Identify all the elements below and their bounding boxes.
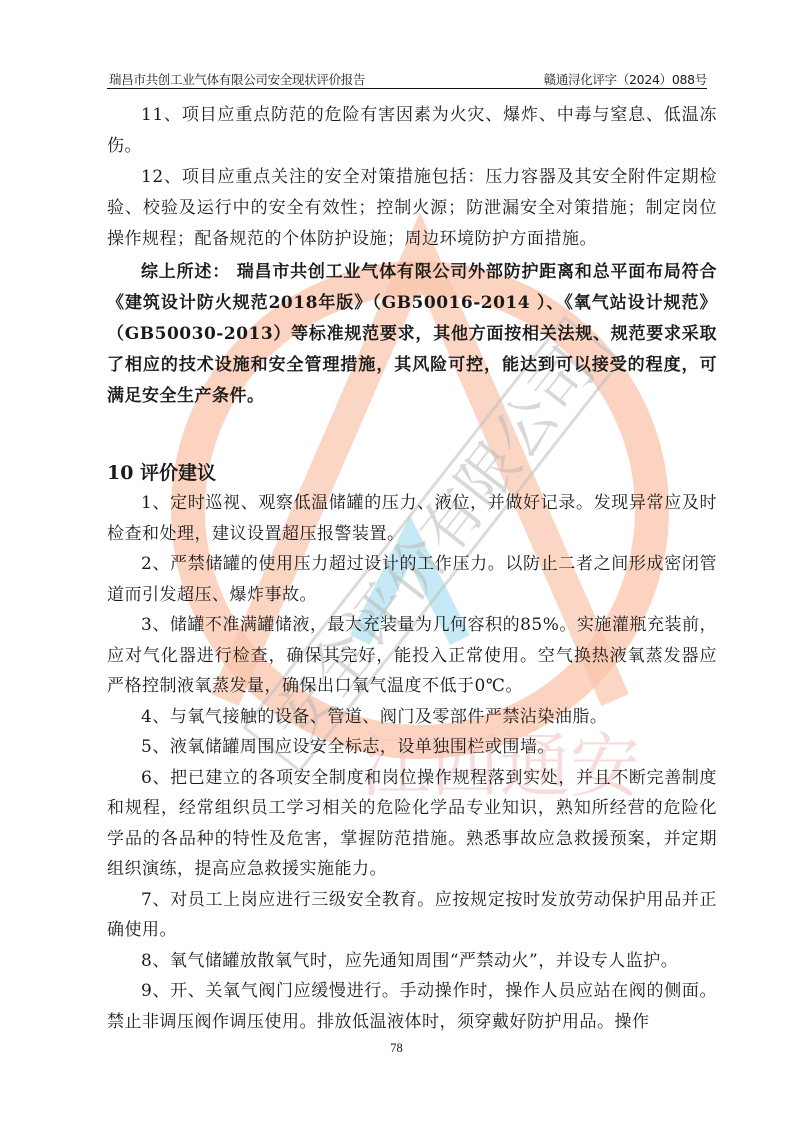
page-content: 11、项目应重点防范的危险有害因素为火灾、爆炸、中毒与窒息、低温冻伤。 12、项… (107, 100, 717, 1037)
recommendation-list: 1、定时巡视、观察低温储罐的压力、液位，并做好记录。发现异常应及时检查和处理，建… (107, 488, 717, 1037)
report-number: 赣通浔化评字（2024）088号 (544, 70, 707, 88)
list-item: 1、定时巡视、观察低温储罐的压力、液位，并做好记录。发现异常应及时检查和处理，建… (107, 488, 717, 549)
page-header: 瑞昌市共创工业气体有限公司安全现状评价报告 赣通浔化评字（2024）088号 (107, 70, 707, 89)
page-number: 78 (0, 1041, 793, 1056)
paragraph-item-12: 12、项目应重点关注的安全对策措施包括：压力容器及其安全附件定期检验、校验及运行… (107, 162, 717, 255)
list-item: 8、氧气储罐放散氧气时，应先通知周围“严禁动火”，并设专人监护。 (107, 946, 717, 977)
list-item: 2、严禁储罐的使用压力超过设计的工作压力。以防止二者之间形成密闭管道而引发超压、… (107, 549, 717, 610)
list-item: 7、对员工上岗应进行三级安全教育。应按规定按时发放劳动保护用品并正确使用。 (107, 885, 717, 946)
list-item: 6、把已建立的各项安全制度和岗位操作规程落到实处，并且不断完善制度和规程，经常组… (107, 763, 717, 885)
list-item: 9、开、关氧气阀门应缓慢进行。手动操作时，操作人员应站在阀的侧面。禁止非调压阀作… (107, 976, 717, 1037)
list-item: 5、液氧储罐周围应设安全标志，设单独围栏或围墙。 (107, 732, 717, 763)
section-title: 10 评价建议 (107, 458, 717, 488)
document-page: 安全评价有限公司 江西通安 瑞昌市共创工业气体有限公司安全现状评价报告 赣通浔化… (0, 0, 793, 1122)
summary-paragraph: 综上所述： 瑞昌市共创工业气体有限公司外部防护距离和总平面布局符合《建筑设计防火… (107, 257, 717, 412)
paragraph-item-11: 11、项目应重点防范的危险有害因素为火灾、爆炸、中毒与窒息、低温冻伤。 (107, 100, 717, 162)
list-item: 4、与氧气接触的设备、管道、阀门及零部件严禁沾染油脂。 (107, 702, 717, 733)
report-title: 瑞昌市共创工业气体有限公司安全现状评价报告 (109, 70, 365, 88)
list-item: 3、储罐不准满罐储液，最大充装量为几何容积的85%。实施灌瓶充装前，应对气化器进… (107, 610, 717, 702)
